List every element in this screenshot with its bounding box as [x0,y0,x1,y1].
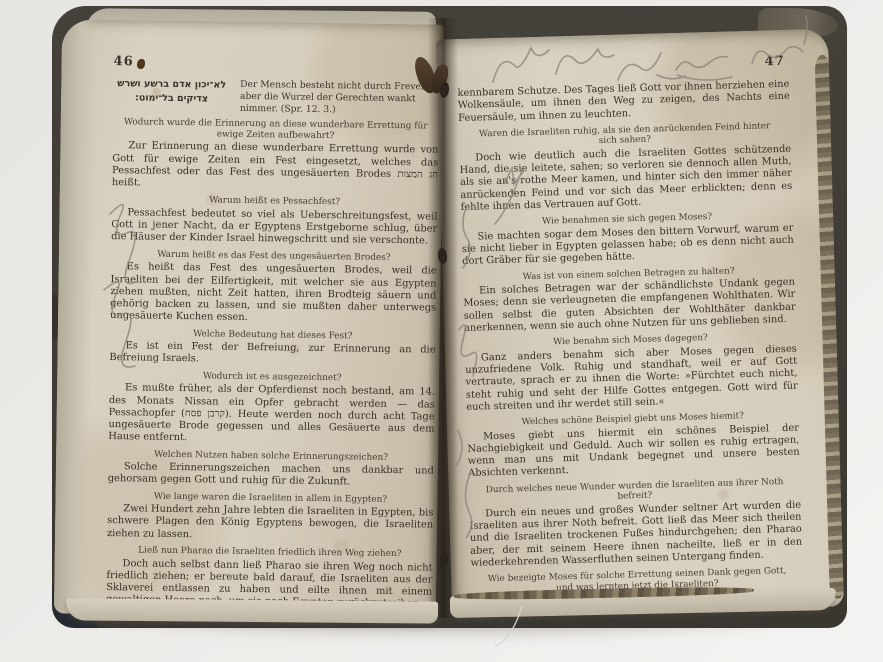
answer: Doch wie deutlich auch die Israeliten Go… [459,144,793,215]
qa-block: Warum heißt es Pessachfest? Pessachfest … [111,194,438,248]
answer: Ein solches Betragen war der schändlichs… [463,277,796,335]
answer: Durch ein neues und großes Wunder seltne… [469,499,803,570]
epigraph: לא־יכון אדם ברשע ושרש צדיקים בל־ימוט: De… [113,77,439,117]
qa-block: Was ist von einem solchen Betragen zu ha… [463,264,797,335]
qa-block: Welches schöne Beispiel giebt uns Moses … [467,410,801,481]
qa-block: Durch welches neue Wunder wurden die Isr… [468,476,802,570]
epigraph-translation: Der Mensch besteht nicht durch Frevel, a… [240,79,440,117]
answer: Moses giebt uns hiermit ein schönes Beis… [467,422,800,480]
hebrew-line: צדיקים בל־ימוט: [113,91,230,106]
qa-block: Wodurch wurde die Erinnerung an diese wu… [112,117,439,194]
qa-block: Wie benahm sich Moses dagegen? Ganz ande… [464,331,798,414]
answer: Sie machten sogar dem Moses den bittern … [461,222,794,268]
qa-block: Waren die Israeliten ruhig, als sie den … [459,121,793,215]
qa-block: Wie benahmen sie sich gegen Moses? Sie m… [461,210,794,269]
continuation-paragraph: kennbarem Schutze. Des Tages ließ Gott v… [457,79,790,125]
answer: Zwei Hundert zehn Jahre lebten die Israe… [107,503,433,544]
qa-block: Welchen Nutzen haben solche Erinnerungsz… [108,449,434,491]
answer: Ganz anders benahm sich aber Moses gegen… [465,343,799,414]
page-number-right: 47 [457,54,785,78]
photo-of-open-book: 46 לא־יכון אדם ברשע ושרש צדיקים בל־ימוט:… [0,0,883,662]
qa-block: Wie lange waren die Israeliten in allem … [107,491,434,545]
page-stack-edge-bottom-left [66,598,438,623]
hebrew-line: לא־יכון אדם ברשע ושרש [113,77,230,92]
page-number-left: 46 [113,54,439,74]
answer: Solche Erinnerungszeichen machen uns dan… [108,461,434,490]
worn-page-edge [54,19,96,613]
book-page-left: 46 לא־יכון אדם ברשע ושרש צדיקים בל־ימוט:… [54,19,444,618]
qa-block: Wodurch ist es ausgezeichnet? Es mußte f… [108,370,435,448]
book-page-right: 47 kennbarem Schutze. Des Tages ließ Got… [436,29,844,618]
book-gutter [428,18,458,618]
answer: Es heißt das Fest des ungesäuerten Brode… [110,261,437,327]
question: Wodurch wurde die Erinnerung an diese wu… [123,118,429,143]
answer: Pessachfest bedeutet so viel als Uebersc… [111,207,437,248]
hebrew-verse: לא־יכון אדם ברשע ושרש צדיקים בל־ימוט: [113,77,230,114]
qa-block: Warum heißt es das Fest des ungesäuerten… [110,249,437,327]
answer: Zur Erinnerung an diese wunderbare Erret… [112,140,439,194]
answer: Es ist ein Fest der Befreiung, zur Erinn… [109,340,435,369]
qa-block: Welche Bedeutung hat dieses Fest? Es ist… [109,328,435,370]
answer: Es mußte früher, als der Opferdienst noc… [108,382,435,448]
